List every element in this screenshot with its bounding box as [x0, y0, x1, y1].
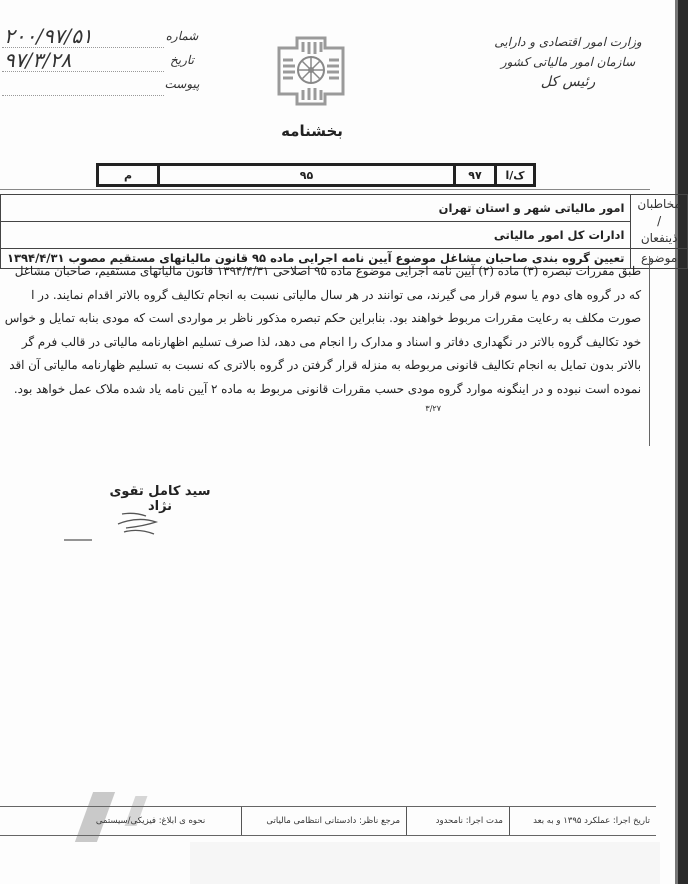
- attachment-label: پیوست: [164, 77, 200, 91]
- date-value: ۹۷/۳/۲۸: [2, 49, 164, 72]
- number-label: شماره: [164, 29, 200, 43]
- date-label: تاریخ: [164, 53, 200, 67]
- organization-name: سازمان امور مالیاتی کشور: [488, 52, 648, 72]
- recipients-row-2: ادارات کل امور مالیاتی: [1, 222, 688, 249]
- date-row: تاریخ ۹۷/۳/۲۸: [0, 48, 200, 72]
- recipients-label: مخاطبان / ذینفعان: [631, 195, 687, 249]
- recipients-row: مخاطبان / ذینفعان امور مالیاتی شهر و است…: [1, 195, 688, 222]
- number-bar-year: ۹۷: [453, 166, 494, 184]
- notification-method-text: نحوه ی ابلاغ: فیزیکی/سیستمی: [96, 816, 205, 826]
- organization-header: وزارت امور اقتصادی و دارایی سازمان امور …: [488, 32, 648, 92]
- attachment-row: پیوست: [0, 72, 200, 96]
- execution-period: مدت اجرا: نامحدود: [406, 807, 509, 835]
- chief-title: رئیس کل: [488, 72, 648, 92]
- handwritten-signature-icon: [60, 508, 180, 548]
- number-value: ۲۰۰/۹۷/۵۱: [2, 25, 164, 48]
- ministry-name: وزارت امور اقتصادی و دارایی: [488, 32, 648, 52]
- circular-body: طبق مقررات تبصره (۳) ماده (۲) آیین نامه …: [0, 256, 650, 446]
- scan-shadow: [190, 842, 660, 884]
- body-line: طبق مقررات تبصره (۳) ماده (۲) آیین نامه …: [0, 260, 641, 284]
- body-line: صورت مکلف به رعایت مقررات مربوط خواهند ب…: [0, 307, 641, 331]
- notification-method: نحوه ی ابلاغ: فیزیکی/سیستمی: [0, 807, 241, 835]
- attachment-value: [2, 73, 164, 96]
- supervising-authority: مرجع ناظر: دادستانی انتظامی مالیاتی: [241, 807, 406, 835]
- execution-info-footer: تاریخ اجرا: عملکرد ۱۳۹۵ و به بعد مدت اجر…: [0, 806, 656, 836]
- divider: [0, 189, 650, 190]
- document-title: بخشنامه: [262, 122, 362, 140]
- recipient-2: ادارات کل امور مالیاتی: [1, 222, 631, 249]
- body-line: بالاتر بدون تمایل به انجام تکالیف قانونی…: [0, 354, 641, 378]
- body-line: خود تکالیف گروه بالاتر در نگهداری دفاتر …: [0, 331, 641, 355]
- number-bar-code: ک/ا: [494, 166, 533, 184]
- scan-edge-border: [678, 0, 688, 884]
- internal-reference-code: ۳/۲۷: [0, 401, 641, 417]
- reference-fields: شماره ۲۰۰/۹۷/۵۱ تاریخ ۹۷/۳/۲۸ پیوست: [0, 24, 200, 96]
- tax-organization-emblem-icon: [277, 36, 345, 106]
- execution-date: تاریخ اجرا: عملکرد ۱۳۹۵ و به بعد: [509, 807, 656, 835]
- circular-document-page: شماره ۲۰۰/۹۷/۵۱ تاریخ ۹۷/۳/۲۸ پیوست: [0, 0, 688, 884]
- number-bar-serial: ۹۵: [157, 166, 453, 184]
- body-line: که در گروه های دوم یا سوم قرار می گیرند،…: [0, 284, 641, 308]
- number-bar-suffix: م: [99, 166, 157, 184]
- recipient-1: امور مالیاتی شهر و استان تهران: [1, 195, 631, 222]
- reference-number-row: شماره ۲۰۰/۹۷/۵۱: [0, 24, 200, 48]
- body-line: نموده است نبوده و در اینگونه موارد گروه …: [0, 378, 641, 402]
- circular-number-bar: ک/ا ۹۷ ۹۵ م: [96, 163, 536, 187]
